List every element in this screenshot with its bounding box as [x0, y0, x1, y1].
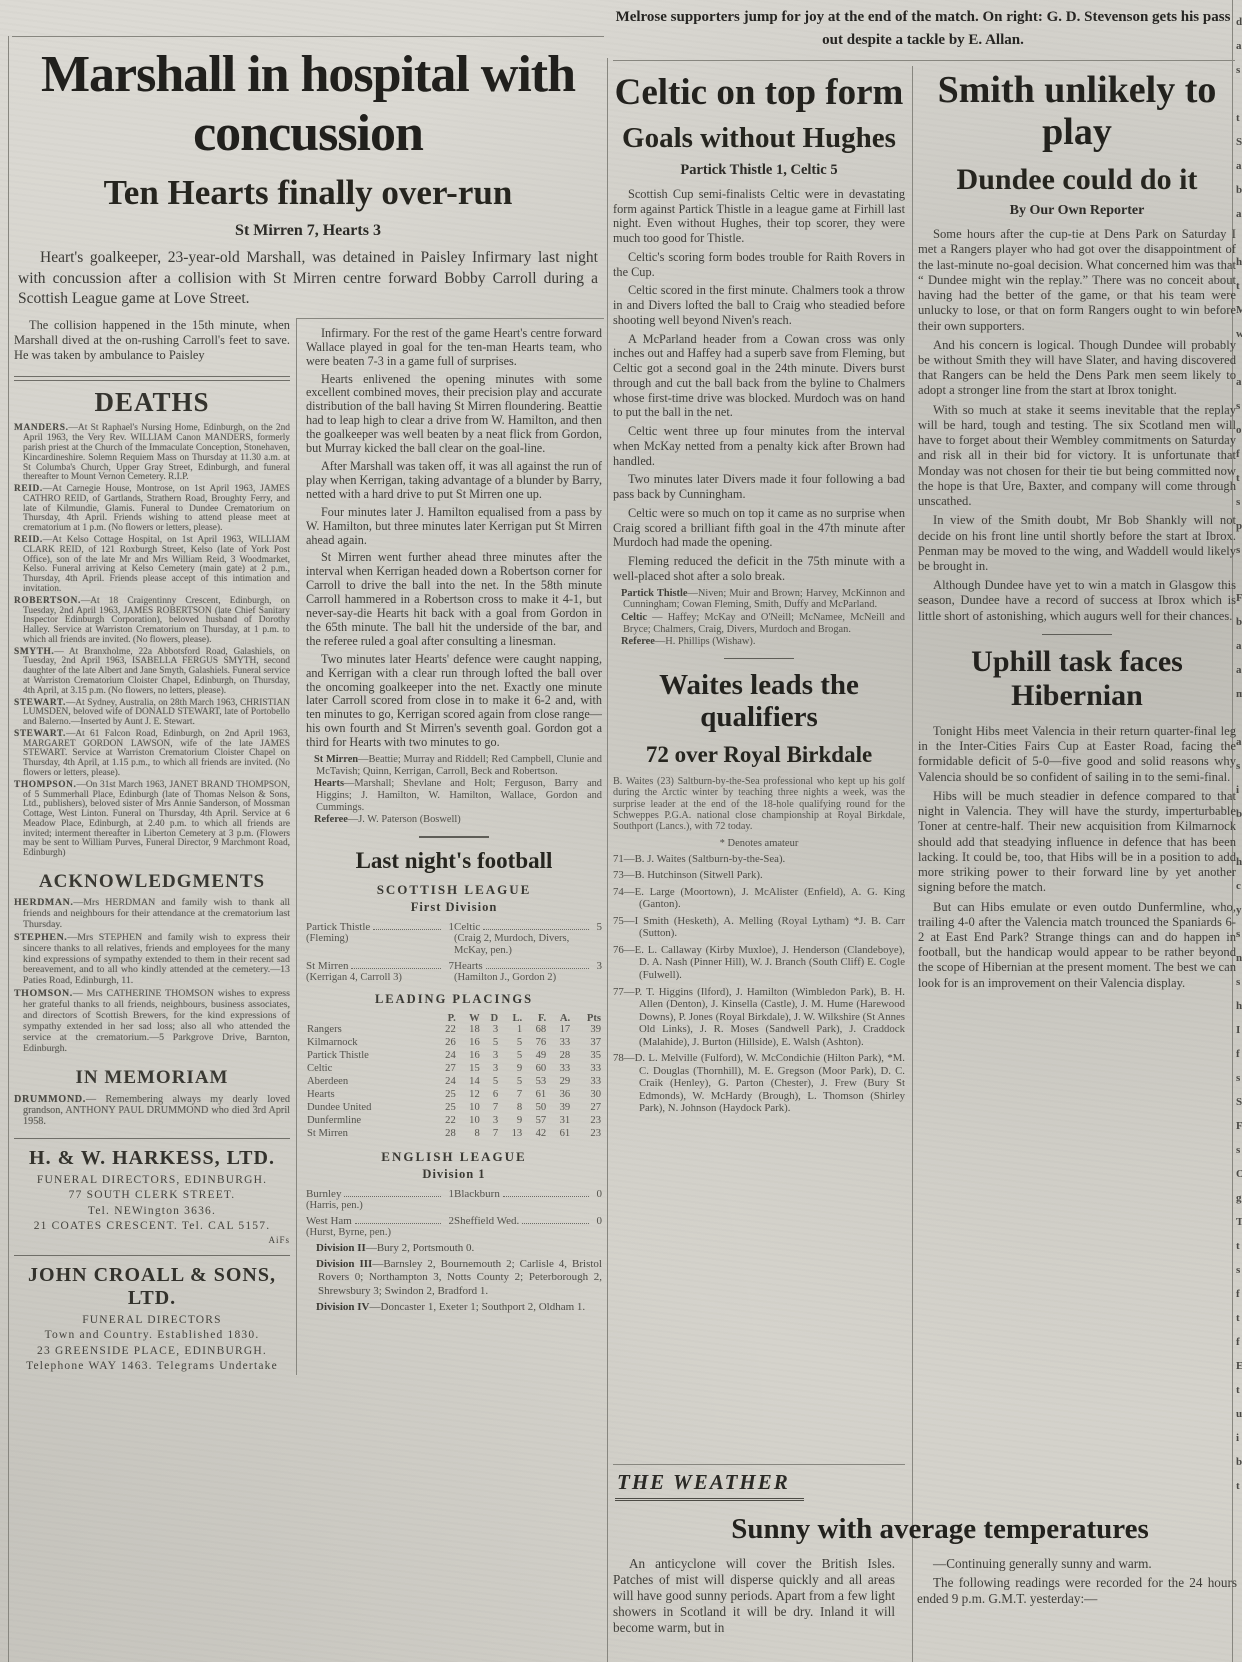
- for-cell: 61: [523, 1089, 547, 1102]
- against-cell: 33: [547, 1037, 571, 1050]
- lost-cell: 5: [499, 1076, 523, 1089]
- points-cell: 39: [571, 1024, 602, 1037]
- team-name: Hearts: [314, 778, 344, 789]
- divider: [12, 36, 604, 37]
- article-paragraph: Two minutes later Hearts' defence were c…: [306, 653, 602, 750]
- drawn-cell: 3: [481, 1024, 499, 1037]
- team-name: Celtic: [621, 612, 647, 623]
- points-cell: 33: [571, 1063, 602, 1076]
- death-notice: REID.—At Kelso Cottage Hospital, on 1st …: [14, 536, 290, 595]
- lost-cell: 8: [499, 1102, 523, 1115]
- team-cell: Rangers: [306, 1024, 433, 1037]
- team-cell: Dundee United: [306, 1102, 433, 1115]
- away-half: Celtic5: [454, 921, 602, 933]
- against-cell: 29: [547, 1076, 571, 1089]
- divider: [912, 66, 913, 1662]
- match-result: Burnley1 Blackburn0 (Harris, pen.): [306, 1188, 602, 1212]
- first-division-label: First Division: [306, 900, 602, 915]
- section-divider: [724, 658, 794, 659]
- golf-score-line: 74—E. Large (Moortown), J. McAlister (En…: [613, 886, 905, 911]
- home-half: Partick Thistle1: [306, 921, 454, 933]
- harkess-ad-line: 77 SOUTH CLERK STREET.: [14, 1188, 290, 1204]
- death-notice-text: —On 31st March 1963, JANET BRAND THOMPSO…: [23, 780, 290, 858]
- against-cell: 17: [547, 1024, 571, 1037]
- won-cell: 16: [457, 1050, 481, 1063]
- death-notice-text: —At St Raphael's Nursing Home, Edinburgh…: [23, 423, 290, 482]
- for-cell: 42: [523, 1128, 547, 1141]
- home-team: St Mirren: [306, 960, 348, 972]
- league-table-row: Dundee United 25 10 7 8 50 39 27: [306, 1102, 602, 1115]
- article-paragraph: Two minutes later Divers made it four fo…: [613, 472, 905, 502]
- harkess-ad-line: FUNERAL DIRECTORS, EDINBURGH.: [14, 1173, 290, 1189]
- team-players: —J. W. Paterson (Boswell): [348, 814, 461, 825]
- death-notice-text: —At Carnegie House, Montrose, on 1st Apr…: [23, 484, 290, 533]
- column-header: P.: [433, 1013, 457, 1024]
- lost-cell: 9: [499, 1115, 523, 1128]
- team-name: St Mirren: [314, 754, 358, 765]
- team-players: —Beattie; Murray and Riddell; Red Campbe…: [316, 754, 602, 777]
- article-paragraph: Infirmary. For the rest of the game Hear…: [306, 327, 602, 369]
- drawn-cell: 5: [481, 1076, 499, 1089]
- match-report-column: Infirmary. For the rest of the game Hear…: [296, 318, 604, 1375]
- harkess-ad-line: Tel. NEWington 3636.: [14, 1204, 290, 1220]
- death-notice-name: THOMPSON.: [14, 780, 76, 790]
- headline-celtic: Celtic on top form: [613, 72, 905, 113]
- deaths-column: The collision happened in the 15th minut…: [12, 318, 296, 1375]
- division-label: Division IV: [316, 1301, 370, 1313]
- drawn-cell: 6: [481, 1089, 499, 1102]
- divider: [613, 60, 1235, 61]
- away-half: Hearts3: [454, 960, 602, 972]
- golf-score-line: 77—P. T. Higgins (Ilford), J. Hamilton (…: [613, 986, 905, 1049]
- headline-waites: Waites leads the qualifiers: [613, 669, 905, 734]
- league-table-body: Rangers 22 18 3 1 68 17 39 Ki: [306, 1024, 602, 1140]
- away-scorers: (Hamilton J., Gordon 2): [454, 972, 602, 984]
- article-paragraph: Celtic's scoring form bodes trouble for …: [613, 250, 905, 280]
- subhead-dundee: Dundee could do it: [918, 164, 1236, 196]
- division-brief: Division III—Barnsley 2, Bournemouth 2; …: [306, 1258, 602, 1298]
- points-cell: 23: [571, 1115, 602, 1128]
- deaths-title: DEATHS: [14, 387, 290, 418]
- team-name: Referee: [314, 814, 348, 825]
- won-cell: 15: [457, 1063, 481, 1076]
- division-scores: —Doncaster 1, Exeter 1; Southport 2, Old…: [370, 1301, 586, 1313]
- won-cell: 8: [457, 1128, 481, 1141]
- harkess-ad: H. & W. HARKESS, LTD. FUNERAL DIRECTORS,…: [14, 1147, 290, 1245]
- dot-leader: [483, 929, 589, 930]
- division-label: Division II: [316, 1242, 366, 1254]
- against-cell: 31: [547, 1115, 571, 1128]
- acknowledgments-title: ACKNOWLEDGMENTS: [14, 871, 290, 893]
- dot-leader: [351, 968, 441, 969]
- article-paragraph: Although Dundee have yet to win a match …: [918, 578, 1236, 624]
- team-cell: Aberdeen: [306, 1076, 433, 1089]
- photo-caption: Melrose supporters jump for joy at the e…: [614, 6, 1232, 53]
- played-cell: 24: [433, 1050, 457, 1063]
- played-cell: 25: [433, 1089, 457, 1102]
- result-line: St Mirren7 Hearts3: [306, 960, 602, 972]
- lost-cell: 9: [499, 1063, 523, 1076]
- article-paragraph: And his concern is logical. Though Dunde…: [918, 338, 1236, 399]
- points-cell: 30: [571, 1089, 602, 1102]
- death-notice-name: STEWART.: [14, 729, 66, 739]
- played-cell: 22: [433, 1115, 457, 1128]
- celtic-column: Celtic on top form Goals without Hughes …: [613, 66, 905, 1460]
- drawn-cell: 7: [481, 1102, 499, 1115]
- team-players: —H. Phillips (Wishaw).: [655, 636, 756, 647]
- home-team: West Ham: [306, 1215, 352, 1227]
- scoreline-partick-celtic: Partick Thistle 1, Celtic 5: [613, 162, 905, 179]
- for-cell: 57: [523, 1115, 547, 1128]
- team-lineup: Celtic — Haffey; McKay and O'Neill; McNa…: [613, 612, 905, 635]
- divider: [8, 36, 9, 1662]
- subhead-royal-birkdale: 72 over Royal Birkdale: [613, 742, 905, 768]
- away-scorers: (Craig 2, Murdoch, Divers, McKay, pen.): [454, 933, 602, 957]
- article-paragraph: St Mirren went further ahead three minut…: [306, 551, 602, 648]
- acknowledgment-notice: THOMSON.— Mrs CATHERINE THOMSON wishes t…: [14, 989, 290, 1054]
- weather-columns: An anticyclone will cover the British Is…: [613, 1556, 1237, 1639]
- league-table-header-row: P.WDL.F.A.Pts: [306, 1013, 602, 1024]
- league-table-row: Rangers 22 18 3 1 68 17 39: [306, 1024, 602, 1037]
- played-cell: 27: [433, 1063, 457, 1076]
- won-cell: 12: [457, 1089, 481, 1102]
- match-report-paragraphs: Infirmary. For the rest of the game Hear…: [306, 327, 602, 750]
- weather-paragraph: —Continuing generally sunny and warm.: [917, 1556, 1237, 1572]
- division-brief: Division IV—Doncaster 1, Exeter 1; South…: [306, 1301, 602, 1314]
- dot-leader: [486, 968, 589, 969]
- won-cell: 10: [457, 1115, 481, 1128]
- team-players: — Haffey; McKay and O'Neill; McNamee, Mc…: [623, 612, 905, 635]
- against-cell: 36: [547, 1089, 571, 1102]
- article-lead: Heart's goalkeeper, 23-year-old Marshall…: [12, 248, 604, 310]
- away-score: 5: [592, 921, 602, 933]
- for-cell: 60: [523, 1063, 547, 1076]
- article-paragraph: Celtic went three up four minutes from t…: [613, 424, 905, 468]
- match-result: West Ham2 Sheffield Wed.0 (Hurst, Byrne,…: [306, 1215, 602, 1239]
- home-team: Burnley: [306, 1188, 341, 1200]
- league-table-row: Dunfermline 22 10 3 9 57 31 23: [306, 1115, 602, 1128]
- weather-title: THE WEATHER: [615, 1470, 804, 1501]
- acknowledgment-name: STEPHEN.: [14, 932, 67, 943]
- home-score: 2: [444, 1215, 454, 1227]
- against-cell: 39: [547, 1102, 571, 1115]
- drawn-cell: 5: [481, 1037, 499, 1050]
- league-table-row: St Mirren 28 8 7 13 42 61 23: [306, 1128, 602, 1141]
- death-notice: THOMPSON.—On 31st March 1963, JANET BRAN…: [14, 781, 290, 859]
- team-cell: Hearts: [306, 1089, 433, 1102]
- article-paragraph: Fleming reduced the deficit in the 75th …: [613, 554, 905, 584]
- death-notice-text: — At Branxholme, 22a Abbotsford Road, Ga…: [23, 647, 290, 696]
- ad-code: AiFs: [14, 1235, 290, 1245]
- team-lineup: St Mirren—Beattie; Murray and Riddell; R…: [306, 754, 602, 777]
- away-scorers: [454, 1227, 602, 1239]
- result-line: West Ham2 Sheffield Wed.0: [306, 1215, 602, 1227]
- match-result: Partick Thistle1 Celtic5 (Fleming) (Crai…: [306, 921, 602, 957]
- headline-hibernian: Uphill task faces Hibernian: [918, 645, 1236, 714]
- drawn-cell: 3: [481, 1050, 499, 1063]
- lead-paragraph: Heart's goalkeeper, 23-year-old Marshall…: [18, 248, 598, 310]
- for-cell: 53: [523, 1076, 547, 1089]
- death-notice: ROBERTSON.—At 18 Craigentinny Crescent, …: [14, 597, 290, 646]
- death-notice-name: ROBERTSON.: [14, 596, 81, 606]
- weather-paragraph: An anticyclone will cover the British Is…: [613, 1556, 895, 1636]
- article-paragraph: After Marshall was taken off, it was all…: [306, 460, 602, 502]
- celtic-lineups: Partick Thistle—Niven; Muir and Brown; H…: [613, 588, 905, 648]
- dot-leader: [522, 1223, 589, 1224]
- division-scores: —Bury 2, Portsmouth 0.: [366, 1242, 474, 1254]
- golf-score-line: 75—I Smith (Hesketh), A. Melling (Royal …: [613, 915, 905, 940]
- away-half: Sheffield Wed.0: [454, 1215, 602, 1227]
- divider: [14, 1255, 290, 1256]
- league-table-head: P.WDL.F.A.Pts: [306, 1013, 602, 1024]
- team-lineup: Partick Thistle—Niven; Muir and Brown; H…: [613, 588, 905, 611]
- acknowledgment-name: THOMSON.: [14, 988, 73, 999]
- memoriam-notice: DRUMMOND.— Remembering always my dearly …: [14, 1094, 290, 1128]
- harkess-ad-line: 21 COATES CRESCENT. Tel. CAL 5157.: [14, 1219, 290, 1235]
- memoriam-name: DRUMMOND.: [14, 1094, 86, 1105]
- death-notice: REID.—At Carnegie House, Montrose, on 1s…: [14, 485, 290, 534]
- team-lineup: Hearts—Marshall; Shevlane and Holt; Ferg…: [306, 778, 602, 813]
- against-cell: 33: [547, 1063, 571, 1076]
- weather-section: THE WEATHER Sunny with average temperatu…: [613, 1470, 1237, 1662]
- home-half: West Ham2: [306, 1215, 454, 1227]
- golf-qualifying-scores: 71—B. J. Waites (Saltburn-by-the-Sea).73…: [613, 853, 905, 1115]
- scorers-line: (Fleming) (Craig 2, Murdoch, Divers, McK…: [306, 933, 602, 957]
- headline-smith: Smith unlikely to play: [918, 70, 1236, 154]
- against-cell: 28: [547, 1050, 571, 1063]
- team-lineup: Referee—H. Phillips (Wishaw).: [613, 636, 905, 648]
- article-paragraph: Hibs will be much steadier in defence co…: [918, 789, 1236, 896]
- played-cell: 26: [433, 1037, 457, 1050]
- column-header: Pts: [571, 1013, 602, 1024]
- dot-leader: [503, 1196, 589, 1197]
- home-scorers: (Hurst, Byrne, pen.): [306, 1227, 454, 1239]
- article-paragraph: Celtic were so much on top it came as no…: [613, 506, 905, 550]
- away-team: Sheffield Wed.: [454, 1215, 519, 1227]
- article-paragraph: With so much at stake it seems inevitabl…: [918, 403, 1236, 510]
- death-notice-name: REID.: [14, 484, 43, 494]
- golf-score-line: 73—B. Hutchinson (Sitwell Park).: [613, 869, 905, 882]
- scorers-line: (Hurst, Byrne, pen.): [306, 1227, 602, 1239]
- lost-cell: 5: [499, 1050, 523, 1063]
- acknowledgment-notice: HERDMAN.—Mrs HERDMAN and family wish to …: [14, 898, 290, 931]
- against-cell: 61: [547, 1128, 571, 1141]
- deaths-list: MANDERS.—At St Raphael's Nursing Home, E…: [14, 424, 290, 859]
- match-result: St Mirren7 Hearts3 (Kerrigan 4, Carroll …: [306, 960, 602, 984]
- croall-ad-line: FUNERAL DIRECTORS: [14, 1313, 290, 1329]
- article-paragraph: Scottish Cup semi-finalists Celtic were …: [613, 187, 905, 246]
- football-results-title: Last night's football: [306, 848, 602, 874]
- team-lineup: Referee—J. W. Paterson (Boswell): [306, 814, 602, 826]
- team-players: —Marshall; Shevlane and Holt; Ferguson, …: [316, 778, 602, 812]
- weather-paragraph: The following readings were recorded for…: [917, 1575, 1237, 1607]
- memoriam-title: IN MEMORIAM: [14, 1067, 290, 1089]
- article-paragraph: But can Hibs emulate or even outdo Dunfe…: [918, 900, 1236, 991]
- home-half: St Mirren7: [306, 960, 454, 972]
- home-scorers: (Fleming): [306, 933, 454, 957]
- team-lineups: St Mirren—Beattie; Murray and Riddell; R…: [306, 754, 602, 826]
- croall-ad: JOHN CROALL & SONS, LTD. FUNERAL DIRECTO…: [14, 1264, 290, 1375]
- for-cell: 68: [523, 1024, 547, 1037]
- lower-division-results: Division II—Bury 2, Portsmouth 0.Divisio…: [306, 1242, 602, 1314]
- memoriam-list: DRUMMOND.— Remembering always my dearly …: [14, 1094, 290, 1128]
- english-results: Burnley1 Blackburn0 (Harris, pen.) Wes: [306, 1188, 602, 1239]
- article-paragraph: Some hours after the cup-tie at Dens Par…: [918, 227, 1236, 334]
- away-half: Blackburn0: [454, 1188, 602, 1200]
- for-cell: 76: [523, 1037, 547, 1050]
- scottish-results: Partick Thistle1 Celtic5 (Fleming) (Crai…: [306, 921, 602, 985]
- death-notice: STEWART.—At 61 Falcon Road, Edinburgh, o…: [14, 730, 290, 779]
- league-table-row: Partick Thistle 24 16 3 5 49 28 35: [306, 1050, 602, 1063]
- marshall-article-block: Marshall in hospital with concussion Ten…: [12, 38, 604, 1662]
- team-cell: Celtic: [306, 1063, 433, 1076]
- harkess-ad-name: H. & W. HARKESS, LTD.: [14, 1147, 290, 1170]
- croall-ad-line: Town and Country. Established 1830.: [14, 1328, 290, 1344]
- away-team: Blackburn: [454, 1188, 500, 1200]
- drawn-cell: 7: [481, 1128, 499, 1141]
- divider: [607, 58, 608, 1662]
- subhead-goals-without-hughes: Goals without Hughes: [613, 123, 905, 153]
- croall-ad-name: JOHN CROALL & SONS, LTD.: [14, 1264, 290, 1310]
- league-table-row: Kilmarnock 26 16 5 5 76 33 37: [306, 1037, 602, 1050]
- smith-column: Smith unlikely to play Dundee could do i…: [918, 66, 1236, 1458]
- points-cell: 35: [571, 1050, 602, 1063]
- golf-score-line: 76—E. L. Callaway (Kirby Muxloe), J. Hen…: [613, 944, 905, 982]
- team-cell: St Mirren: [306, 1128, 433, 1141]
- played-cell: 25: [433, 1102, 457, 1115]
- won-cell: 16: [457, 1037, 481, 1050]
- home-score: 1: [444, 1188, 454, 1200]
- amateur-note: * Denotes amateur: [613, 838, 905, 849]
- lost-cell: 1: [499, 1024, 523, 1037]
- subhead-ten-hearts: Ten Hearts finally over-run: [12, 174, 604, 213]
- column-header: F.: [523, 1013, 547, 1024]
- article-paragraph: Hearts enlivened the opening minutes wit…: [306, 373, 602, 456]
- celtic-article: Scottish Cup semi-finalists Celtic were …: [613, 187, 905, 584]
- death-notice: MANDERS.—At St Raphael's Nursing Home, E…: [14, 424, 290, 483]
- weather-left-column: An anticyclone will cover the British Is…: [613, 1556, 905, 1639]
- division-label: Division III: [316, 1258, 372, 1270]
- death-notice-text: —At Kelso Cottage Hospital, on 1st April…: [23, 535, 290, 594]
- league-table-row: Hearts 25 12 6 7 61 36 30: [306, 1089, 602, 1102]
- column-header: A.: [547, 1013, 571, 1024]
- acknowledgment-name: HERDMAN.: [14, 897, 73, 908]
- headline-marshall: Marshall in hospital with concussion: [12, 46, 604, 164]
- section-divider: [419, 836, 489, 838]
- played-cell: 24: [433, 1076, 457, 1089]
- away-score: 0: [592, 1188, 602, 1200]
- for-cell: 49: [523, 1050, 547, 1063]
- league-table: P.WDL.F.A.Pts Rangers 22 18 3 1 68: [306, 1013, 602, 1140]
- golf-intro: B. Waites (23) Saltburn-by-the-Sea profe…: [613, 776, 905, 833]
- byline: By Our Own Reporter: [918, 203, 1236, 219]
- home-score: 1: [444, 921, 454, 933]
- dot-leader: [344, 1196, 441, 1197]
- home-team: Partick Thistle: [306, 921, 370, 933]
- left-two-columns: The collision happened in the 15th minut…: [12, 318, 604, 1375]
- lost-cell: 5: [499, 1037, 523, 1050]
- drawn-cell: 3: [481, 1115, 499, 1128]
- home-scorers: (Harris, pen.): [306, 1200, 454, 1212]
- team-column-header: [306, 1013, 433, 1024]
- won-cell: 14: [457, 1076, 481, 1089]
- team-name: Referee: [621, 636, 655, 647]
- home-half: Burnley1: [306, 1188, 454, 1200]
- death-notice: SMYTH.— At Branxholme, 22a Abbotsford Ro…: [14, 648, 290, 697]
- result-line: Partick Thistle1 Celtic5: [306, 921, 602, 933]
- points-cell: 23: [571, 1128, 602, 1141]
- team-cell: Kilmarnock: [306, 1037, 433, 1050]
- drawn-cell: 3: [481, 1063, 499, 1076]
- article-paragraph: A McParland header from a Cowan cross wa…: [613, 332, 905, 421]
- death-notice-name: MANDERS.: [14, 423, 69, 433]
- acknowledgment-notice: STEPHEN.—Mrs STEPHEN and family wish to …: [14, 933, 290, 987]
- points-cell: 27: [571, 1102, 602, 1115]
- golf-score-line: 78—D. L. Melville (Fulford), W. McCondic…: [613, 1052, 905, 1115]
- section-divider: [1042, 634, 1112, 635]
- league-table-row: Celtic 27 15 3 9 60 33 33: [306, 1063, 602, 1076]
- division-1-label: Division 1: [306, 1167, 602, 1182]
- croall-ad-line: Telephone WAY 1463. Telegrams Undertake: [14, 1359, 290, 1375]
- won-cell: 10: [457, 1102, 481, 1115]
- scoreline-st-mirren-hearts: St Mirren 7, Hearts 3: [12, 222, 604, 240]
- golf-score-line: 71—B. J. Waites (Saltburn-by-the-Sea).: [613, 853, 905, 866]
- croall-ad-line: 23 GREENSIDE PLACE, EDINBURGH.: [14, 1344, 290, 1360]
- column-header: L.: [499, 1013, 523, 1024]
- points-cell: 37: [571, 1037, 602, 1050]
- won-cell: 18: [457, 1024, 481, 1037]
- league-table-row: Aberdeen 24 14 5 5 53 29 33: [306, 1076, 602, 1089]
- team-cell: Dunfermline: [306, 1115, 433, 1128]
- away-score: 0: [592, 1215, 602, 1227]
- played-cell: 22: [433, 1024, 457, 1037]
- divider: [613, 1464, 905, 1465]
- weather-headline: Sunny with average temperatures: [643, 1513, 1237, 1546]
- away-scorers: [454, 1200, 602, 1212]
- acknowledgments-list: HERDMAN.—Mrs HERDMAN and family wish to …: [14, 898, 290, 1054]
- result-line: Burnley1 Blackburn0: [306, 1188, 602, 1200]
- away-team: Hearts: [454, 960, 483, 972]
- dot-leader: [355, 1223, 441, 1224]
- dot-leader: [373, 929, 441, 930]
- double-rule: [14, 376, 290, 381]
- points-cell: 33: [571, 1076, 602, 1089]
- scottish-league-label: SCOTTISH LEAGUE: [306, 882, 602, 898]
- away-score: 3: [592, 960, 602, 972]
- played-cell: 28: [433, 1128, 457, 1141]
- column-header: D: [481, 1013, 499, 1024]
- cut-off-column-fragments: d a s t S a b a h t M w a s o f t s p s …: [1236, 10, 1242, 1660]
- home-scorers: (Kerrigan 4, Carroll 3): [306, 972, 454, 984]
- weather-right-column: —Continuing generally sunny and warm.The…: [905, 1556, 1237, 1639]
- lost-cell: 13: [499, 1128, 523, 1141]
- golf-intro-paragraph: B. Waites (23) Saltburn-by-the-Sea profe…: [613, 776, 905, 833]
- scorers-line: (Kerrigan 4, Carroll 3) (Hamilton J., Go…: [306, 972, 602, 984]
- newspaper-page: Melrose supporters jump for joy at the e…: [0, 0, 1242, 1662]
- article-paragraph: Celtic scored in the first minute. Chalm…: [613, 283, 905, 327]
- lost-cell: 7: [499, 1089, 523, 1102]
- team-name: Partick Thistle: [621, 588, 688, 599]
- death-notice: STEWART.—At Sydney, Australia, on 28th M…: [14, 699, 290, 728]
- article-paragraph: In view of the Smith doubt, Mr Bob Shank…: [918, 513, 1236, 574]
- home-score: 7: [444, 960, 454, 972]
- article-paragraph: The collision happened in the 15th minut…: [14, 318, 290, 363]
- article-paragraph: Tonight Hibs meet Valencia in their retu…: [918, 724, 1236, 785]
- smith-article: Some hours after the cup-tie at Dens Par…: [918, 227, 1236, 624]
- leading-placings-label: LEADING PLACINGS: [306, 992, 602, 1007]
- team-cell: Partick Thistle: [306, 1050, 433, 1063]
- english-league-label: ENGLISH LEAGUE: [306, 1149, 602, 1165]
